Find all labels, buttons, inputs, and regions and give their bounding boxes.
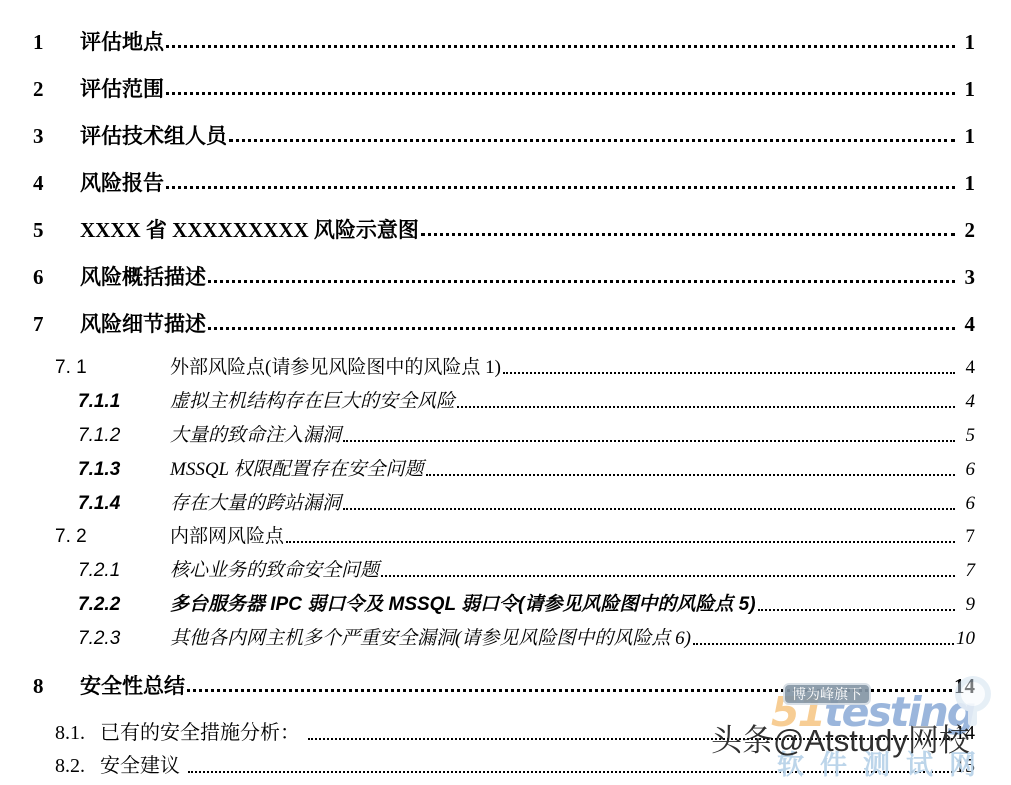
toc-entry-title: 安全性总结 (80, 674, 185, 698)
toc-leader-dots (421, 233, 955, 236)
toc-entry-page: 1 (957, 124, 975, 148)
toc-entry-7-1-1[interactable]: 7.1.1 虚拟主机结构存在巨大的安全风险 4 (33, 391, 975, 413)
toc-entry-page: 4 (957, 391, 975, 413)
toc-entry-title: 存在大量的跨站漏洞 (170, 493, 341, 515)
toc-entry-1[interactable]: 1 评估地点 1 (33, 30, 975, 54)
toc-leader-dots (166, 45, 955, 48)
toc-leader-dots (208, 280, 955, 283)
toc-entry-title: 已有的安全措施分析： (100, 722, 300, 745)
toc-entry-page: 4 (957, 312, 975, 336)
toc-entry-title: 风险概括描述 (80, 265, 206, 289)
toc-entry-4[interactable]: 4 风险报告 1 (33, 171, 975, 195)
toc-leader-dots (457, 406, 955, 408)
toc-entry-page: 7 (957, 560, 975, 582)
toc-entry-number: 7.1.4 (78, 493, 170, 515)
toc-leader-dots (208, 327, 955, 330)
watermark-badge: 博为峰旗下 (783, 683, 871, 705)
toc-entry-title-suffix: (请参见风险图中的风险点 5) (518, 594, 756, 616)
toc-entry-number: 5 (33, 218, 80, 242)
toc-entry-page: 9 (957, 594, 975, 616)
toc-entry-page: 3 (957, 265, 975, 289)
toc-entry-7-2-1[interactable]: 7.2.1 核心业务的致命安全问题 7 (33, 560, 975, 582)
toc-entry-title: 评估范围 (80, 77, 164, 101)
watermark: 51testing 博为峰旗下 软件测试网 头条@Atstudy网校 (711, 675, 1011, 785)
toc-entry-title: 风险报告 (80, 171, 164, 195)
toc-leader-dots (286, 541, 955, 543)
toc-entry-2[interactable]: 2 评估范围 1 (33, 77, 975, 101)
toc-entry-title: 风险细节描述 (80, 312, 206, 336)
toc-entry-number: 8.1. (55, 722, 100, 745)
toc-entry-number: 6 (33, 265, 80, 289)
toc-entry-page: 6 (957, 459, 975, 481)
toc-entry-number: 7.1.3 (78, 459, 170, 481)
toc-entry-title: 大量的致命注入漏洞 (170, 425, 341, 447)
toc-entry-page: 7 (957, 526, 975, 548)
toc-entry-number: 4 (33, 171, 80, 195)
toc-entry-7-1[interactable]: 7. 1 外部风险点(请参见风险图中的风险点 1) 4 (33, 357, 975, 379)
toc-entry-title: 安全建议 (100, 755, 180, 778)
toc-leader-dots (166, 186, 955, 189)
toc-entry-number: 7.2.1 (78, 560, 170, 582)
magnifier-icon (955, 676, 991, 712)
toc-leader-dots (381, 575, 955, 577)
toc-entry-7[interactable]: 7 风险细节描述 4 (33, 312, 975, 336)
toc-entry-page: 1 (957, 30, 975, 54)
toc-leader-dots (426, 474, 955, 476)
toc-entry-number: 8 (33, 674, 80, 698)
toc-entry-7-2-3[interactable]: 7.2.3 其他各内网主机多个严重安全漏洞(请参见风险图中的风险点 6) 10 (33, 628, 975, 650)
toc-entry-title: XXXX 省 XXXXXXXXX 风险示意图 (80, 218, 419, 242)
toc-entry-number: 8.2. (55, 755, 100, 778)
toc-entry-title: 多台服务器 IPC 弱口令及 MSSQL 弱口令 (170, 594, 518, 616)
toc-entry-title: 核心业务的致命安全问题 (170, 560, 379, 582)
toc-entry-7-1-3[interactable]: 7.1.3 MSSQL 权限配置存在安全问题 6 (33, 459, 975, 481)
toc-entry-5[interactable]: 5 XXXX 省 XXXXXXXXX 风险示意图 2 (33, 218, 975, 242)
toc-entry-title: 外部风险点(请参见风险图中的风险点 1) (170, 357, 501, 379)
toc-leader-dots (503, 372, 955, 374)
toc-entry-title: 内部网风险点 (170, 526, 284, 548)
toc-entry-number: 2 (33, 77, 80, 101)
toc-entry-6[interactable]: 6 风险概括描述 3 (33, 265, 975, 289)
toc-entry-page: 5 (957, 425, 975, 447)
toc-entry-page: 6 (957, 493, 975, 515)
toc-entry-number: 7.1.1 (78, 391, 170, 413)
toc-entry-page: 1 (957, 171, 975, 195)
toc-entry-7-1-2[interactable]: 7.1.2 大量的致命注入漏洞 5 (33, 425, 975, 447)
toc-entry-title: 虚拟主机结构存在巨大的安全风险 (170, 391, 455, 413)
table-of-contents: 1 评估地点 1 2 评估范围 1 3 评估技术组人员 1 4 风险报告 1 5… (0, 0, 1011, 785)
toc-entry-7-1-4[interactable]: 7.1.4 存在大量的跨站漏洞 6 (33, 493, 975, 515)
toc-entry-number: 7.2.2 (78, 594, 170, 616)
toc-leader-dots (343, 440, 955, 442)
toc-entry-7-2[interactable]: 7. 2 内部网风险点 7 (33, 526, 975, 548)
toc-entry-number: 1 (33, 30, 80, 54)
toc-entry-number: 7. 1 (55, 357, 170, 379)
watermark-overlay-text: 头条@Atstudy网校 (711, 715, 970, 760)
toc-leader-dots (229, 139, 955, 142)
toc-entry-number: 7.2.3 (78, 628, 170, 650)
toc-entry-page: 2 (957, 218, 975, 242)
toc-entry-title: 其他各内网主机多个严重安全漏洞(请参见风险图中的风险点 6) (170, 628, 691, 650)
toc-entry-number: 7. 2 (55, 526, 170, 548)
toc-leader-dots (166, 92, 955, 95)
toc-entry-title: 评估地点 (80, 30, 164, 54)
toc-entry-title: 评估技术组人员 (80, 124, 227, 148)
toc-entry-page: 1 (957, 77, 975, 101)
toc-leader-dots (343, 508, 955, 510)
toc-entry-number: 7.1.2 (78, 425, 170, 447)
toc-leader-dots (693, 643, 954, 645)
toc-entry-7-2-2[interactable]: 7.2.2 多台服务器 IPC 弱口令及 MSSQL 弱口令 (请参见风险图中的… (33, 594, 975, 616)
toc-leader-dots (758, 609, 955, 611)
toc-entry-number: 3 (33, 124, 80, 148)
toc-entry-page: 4 (957, 357, 975, 379)
toc-entry-3[interactable]: 3 评估技术组人员 1 (33, 124, 975, 148)
toc-entry-number: 7 (33, 312, 80, 336)
toc-entry-page: 10 (956, 628, 975, 650)
toc-entry-title: MSSQL 权限配置存在安全问题 (170, 459, 424, 481)
